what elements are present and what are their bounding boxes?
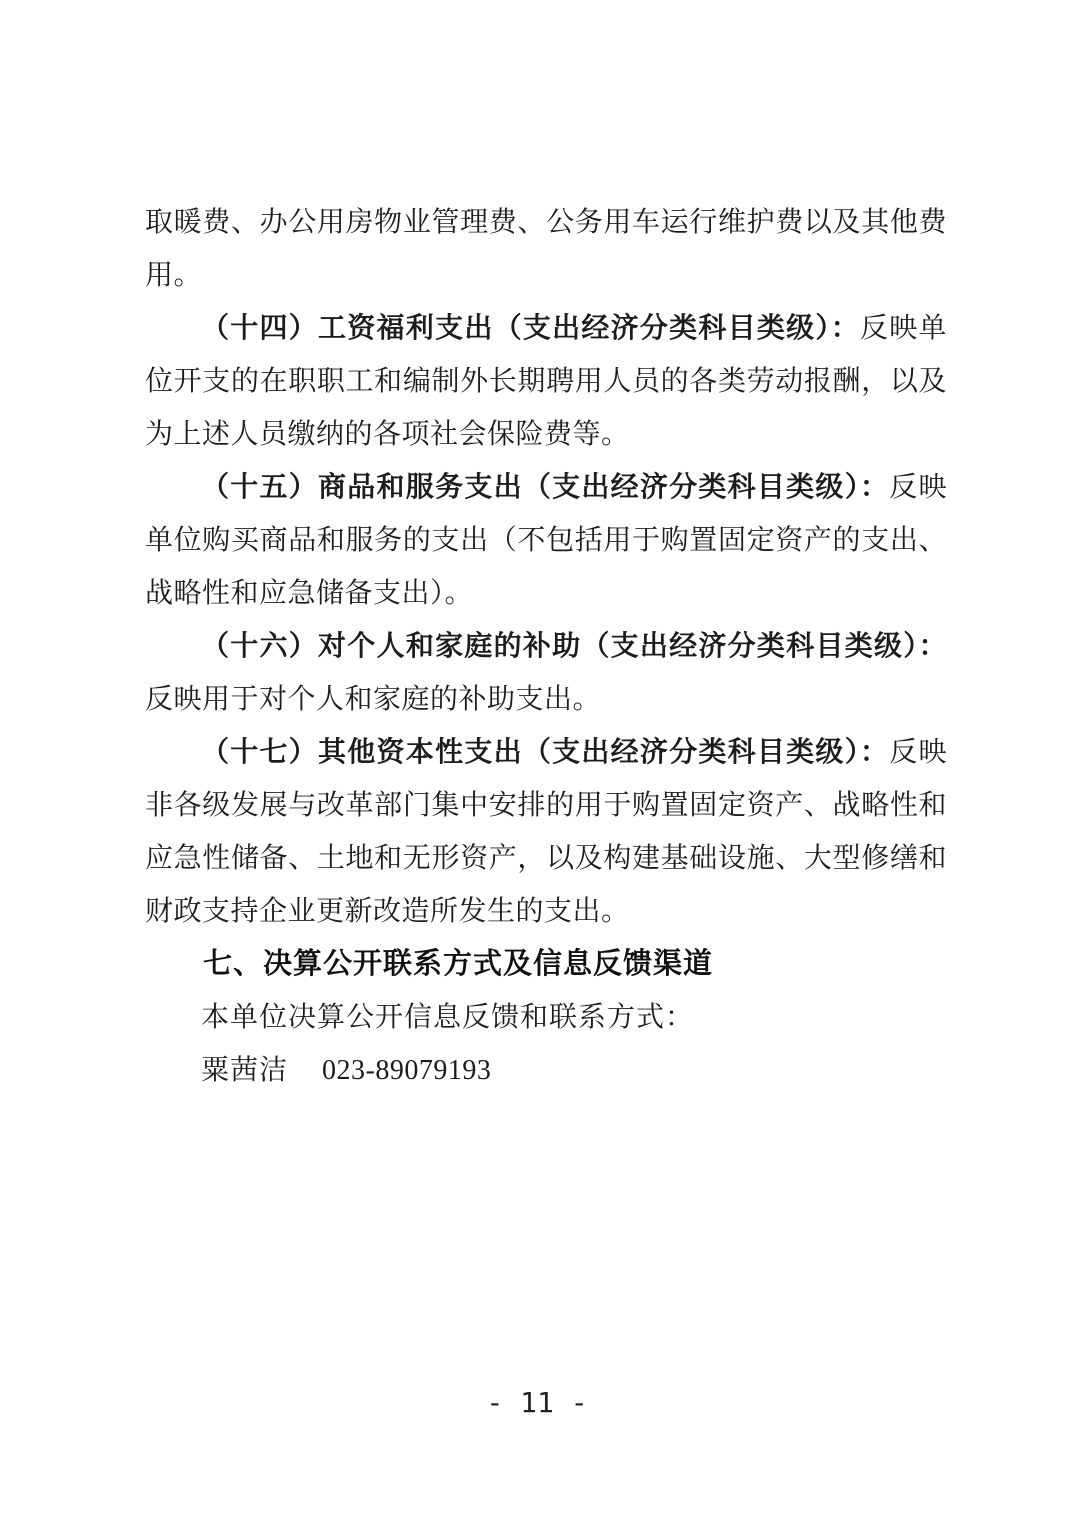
contact-line: 粟茜洁023-89079193	[145, 1044, 947, 1097]
paragraph-lead: （十四）工资福利支出（支出经济分类科目类级）：	[201, 313, 860, 344]
paragraph-continuation: 取暖费、办公用房物业管理费、公务用车运行维护费以及其他费用。	[145, 196, 947, 302]
section-heading: 七、决算公开联系方式及信息反馈渠道	[145, 938, 947, 991]
paragraph-item-15: （十五）商品和服务支出（支出经济分类科目类级）：反映单位购买商品和服务的支出（不…	[145, 461, 947, 620]
paragraph-item-17: （十七）其他资本性支出（支出经济分类科目类级）：反映非各级发展与改革部门集中安排…	[145, 726, 947, 938]
document-content: 取暖费、办公用房物业管理费、公务用车运行维护费以及其他费用。 （十四）工资福利支…	[145, 196, 947, 1097]
paragraph-item-14: （十四）工资福利支出（支出经济分类科目类级）：反映单位开支的在职职工和编制外长期…	[145, 302, 947, 461]
page-number: - 11 -	[0, 1386, 1074, 1419]
paragraph-text: 取暖费、办公用房物业管理费、公务用车运行维护费以及其他费用。	[145, 207, 947, 291]
paragraph-lead: （十六）对个人和家庭的补助（支出经济分类科目类级）：	[201, 631, 947, 662]
paragraph-item-16: （十六）对个人和家庭的补助（支出经济分类科目类级）：反映用于对个人和家庭的补助支…	[145, 620, 947, 726]
paragraph-lead: （十七）其他资本性支出（支出经济分类科目类级）：	[201, 737, 889, 768]
contact-name: 粟茜洁	[201, 1055, 288, 1086]
contact-intro: 本单位决算公开信息反馈和联系方式：	[145, 991, 947, 1044]
contact-phone: 023-89079193	[322, 1055, 491, 1086]
paragraph-text: 反映用于对个人和家庭的补助支出。	[145, 684, 601, 715]
paragraph-lead: （十五）商品和服务支出（支出经济分类科目类级）：	[201, 472, 889, 503]
document-page: 取暖费、办公用房物业管理费、公务用车运行维护费以及其他费用。 （十四）工资福利支…	[0, 0, 1074, 1520]
